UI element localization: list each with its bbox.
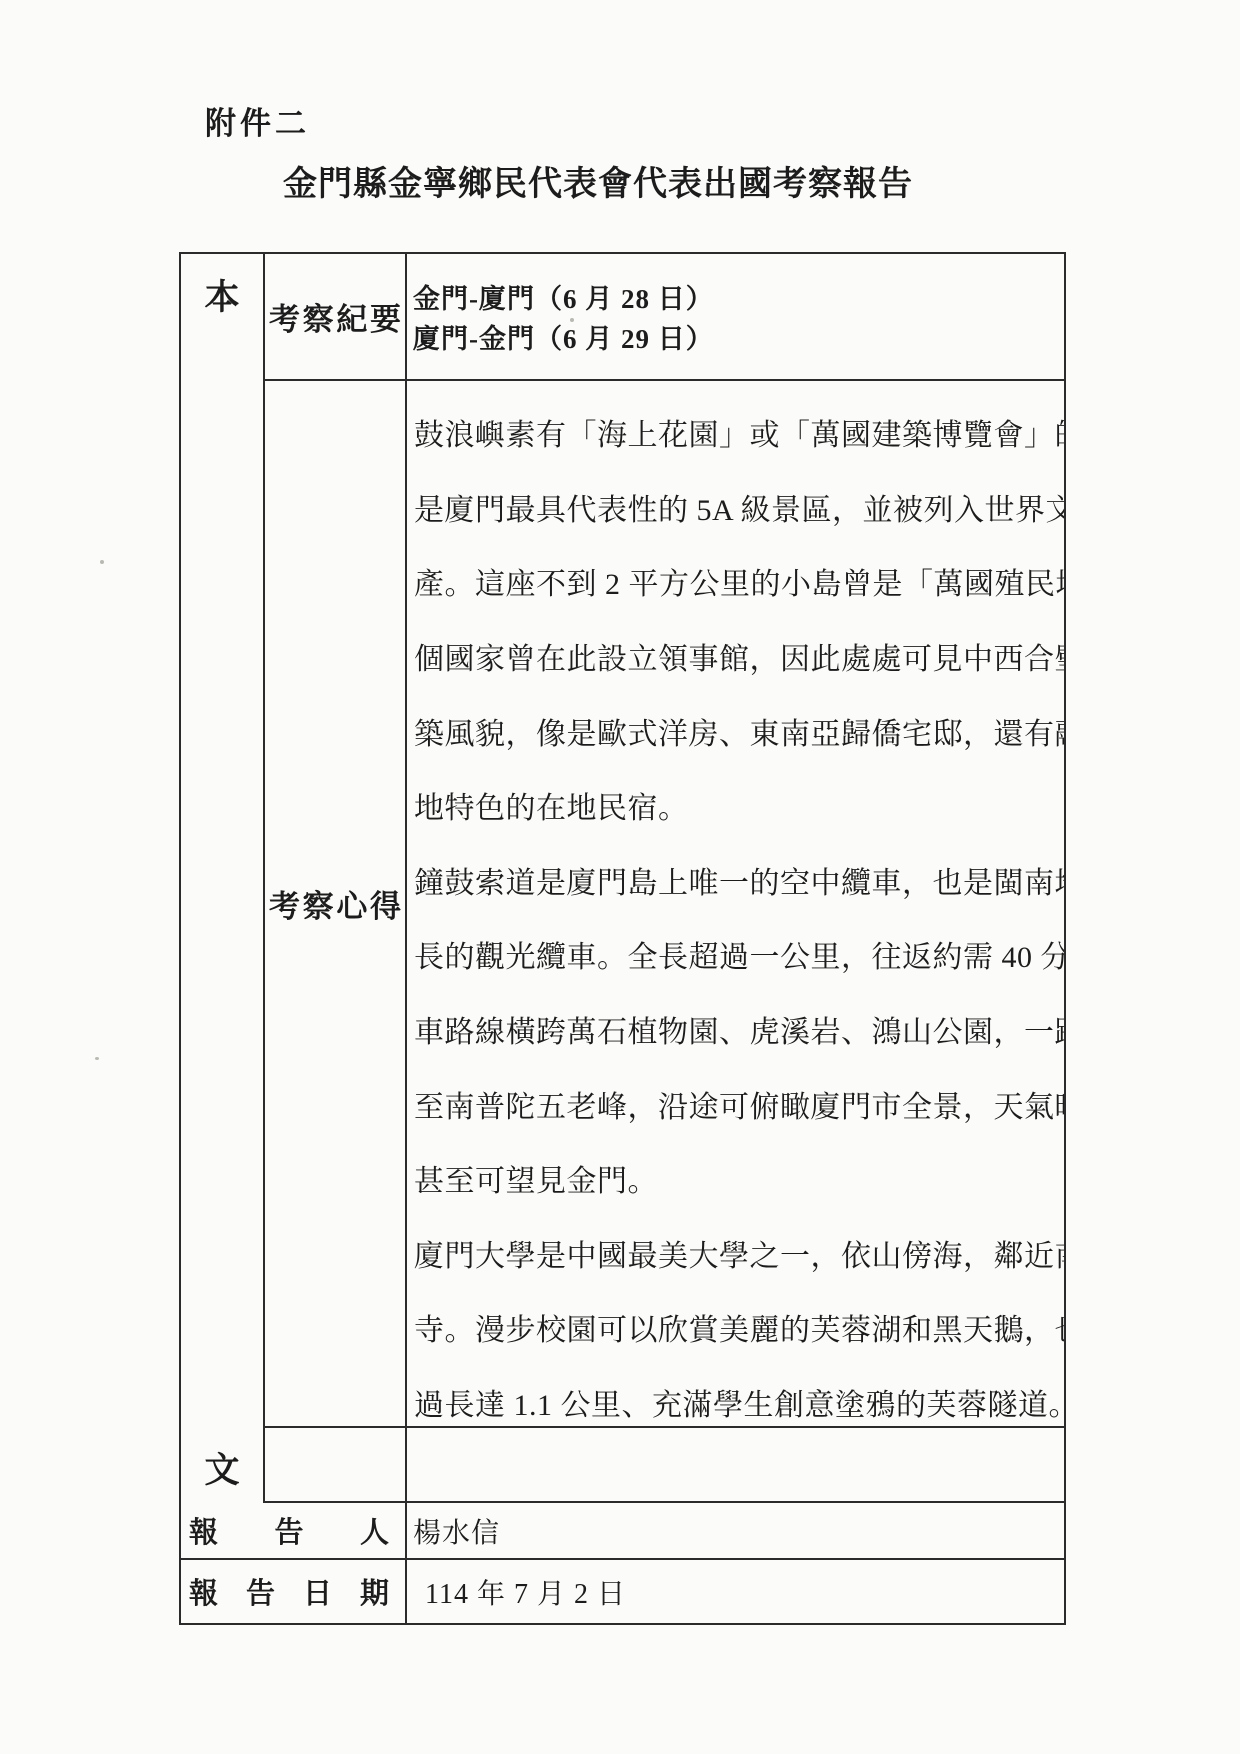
label-char: 人	[360, 1510, 389, 1551]
footer-label-reporter: 報告人	[181, 1503, 407, 1560]
inspection-reflections-label-text: 考察心得	[265, 881, 405, 926]
label-char: 心	[336, 881, 367, 926]
text-line: 過長達 1.1 公里、充滿學生創意塗鴉的芙蓉隧道。	[414, 1365, 1062, 1428]
side-char-top: 本	[204, 270, 239, 320]
cell-inspection-summary: 金門-廈門（6 月 28 日）廈門-金門（6 月 29 日）	[407, 254, 1064, 381]
label-char: 察	[303, 294, 334, 339]
label-char: 要	[370, 294, 401, 339]
label-inspection-reflections: 考察心得	[265, 381, 407, 1428]
label-char: 報	[189, 1510, 218, 1551]
page-title: 金門縣金寧鄉民代表會代表出國考察報告	[283, 156, 913, 205]
label-char: 察	[303, 881, 334, 926]
side-header: 本 文	[181, 254, 265, 1503]
inspection-summary-label-text: 考察紀要	[265, 294, 405, 339]
report-table: 本 文 考察紀要 金門-廈門（6 月 28 日）廈門-金門（6 月 29 日） …	[179, 252, 1066, 1625]
label-char: 報	[189, 1571, 218, 1612]
text-line: 至南普陀五老峰，沿途可俯瞰廈門市全景，天氣晴朗時	[414, 1066, 1062, 1141]
text-line: 鼓浪嶼素有「海上花園」或「萬國建築博覽會」的美譽，	[414, 395, 1062, 470]
label-inspection-summary: 考察紀要	[265, 254, 407, 381]
text-line: 是廈門最具代表性的 5A 級景區，並被列入世界文化遺	[414, 470, 1062, 545]
text-line: 鐘鼓索道是廈門島上唯一的空中纜車，也是閩南地區最	[414, 843, 1062, 918]
label-char: 告	[274, 1510, 303, 1551]
label-char: 得	[370, 881, 401, 926]
label-char: 考	[269, 881, 300, 926]
text-line: 產。這座不到 2 平方公里的小島曾是「萬國殖民地」，13	[414, 544, 1062, 619]
scan-speck	[95, 1057, 99, 1060]
scan-speck	[570, 318, 574, 322]
text-line: 個國家曾在此設立領事館，因此處處可見中西合璧的建	[414, 619, 1062, 694]
empty-row-content-cell	[407, 1428, 1064, 1503]
attachment-label: 附件二	[205, 98, 310, 143]
text-line: 廈門-金門（6 月 29 日）	[413, 317, 1064, 357]
label-char: 告	[246, 1571, 275, 1612]
document-page: 附件二 金門縣金寧鄉民代表會代表出國考察報告 本 文 考察紀要 金門-廈門（6 …	[0, 0, 1240, 1754]
label-char: 考	[269, 294, 300, 339]
text-line: 金門-廈門（6 月 28 日）	[413, 277, 1064, 317]
label-char: 紀	[336, 294, 367, 339]
label-char: 日	[303, 1571, 332, 1612]
text-line: 車路線橫跨萬石植物園、虎溪岩、鴻山公園，一路延伸	[414, 992, 1062, 1067]
footer-value-reporter: 楊水信	[407, 1503, 1064, 1560]
text-line: 寺。漫步校園可以欣賞美麗的芙蓉湖和黑天鵝，也別錯	[414, 1290, 1062, 1365]
text-line: 甚至可望見金門。	[414, 1141, 1062, 1216]
empty-row-label-cell	[265, 1428, 407, 1503]
cell-inspection-reflections: 鼓浪嶼素有「海上花園」或「萬國建築博覽會」的美譽，是廈門最具代表性的 5A 級景…	[407, 381, 1064, 1428]
side-char-bottom: 文	[204, 1443, 239, 1493]
text-line: 地特色的在地民宿。	[414, 768, 1062, 843]
scan-speck	[100, 560, 104, 564]
report-date-label-text: 報告日期	[181, 1571, 405, 1612]
reporter-label-text: 報告人	[181, 1510, 405, 1551]
footer-value-report-date: 114 年 7 月 2 日	[407, 1560, 1064, 1623]
text-line: 長的觀光纜車。全長超過一公里，往返約需 40 分鐘。纜	[414, 917, 1062, 992]
text-line: 廈門大學是中國最美大學之一，依山傍海，鄰近南普陀	[414, 1216, 1062, 1291]
footer-label-report-date: 報告日期	[181, 1560, 407, 1623]
text-line: 築風貌，像是歐式洋房、東南亞歸僑宅邸，還有融合各	[414, 693, 1062, 768]
label-char: 期	[360, 1571, 389, 1612]
